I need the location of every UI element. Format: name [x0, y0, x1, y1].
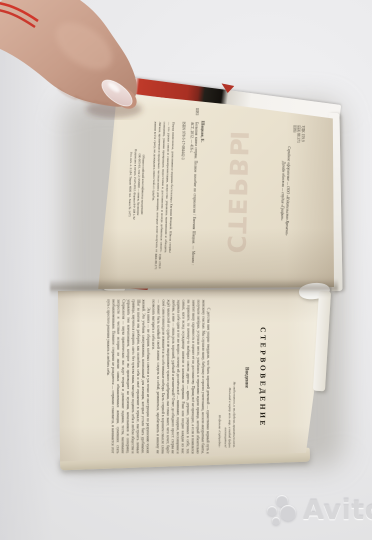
- part-title: СТЕРВОВЕДЕНИЕ: [258, 289, 268, 466]
- epigraph-text: Не люби никого, и ты будешь нравиться вс…: [223, 375, 236, 448]
- udk-bottom-line: УДК 159.9: [158, 254, 163, 270]
- photo-scene: УДК 159.9 ББК 88.371 Ш83 Серийное оформл…: [0, 0, 372, 540]
- show-through-ghost-title: СТЕРВЫ: [221, 109, 254, 273]
- avito-watermark-text: Avito: [303, 495, 372, 526]
- udk-bottom-block: УДК 159.9 ББК 88.371: [153, 254, 162, 270]
- body-paragraph: Эта книга — не сборник злобных советов и…: [105, 299, 151, 453]
- body-text: С детства нам упорно твердили, что быть …: [105, 299, 211, 454]
- introduction-page-content: СТЕРВОВЕДЕНИЕ Введение Не люби никого, и…: [54, 288, 324, 466]
- bbk-line: ББК 88.371: [296, 125, 301, 143]
- avito-logo-icon: [267, 492, 299, 528]
- epigraph: Не люби никого, и ты будешь нравиться вс…: [218, 375, 236, 448]
- udk-line: УДК 159.9: [300, 125, 305, 143]
- gutter-shadow: [50, 279, 338, 297]
- avito-circle-icon: [267, 506, 277, 516]
- chapter-title: Введение: [243, 289, 250, 466]
- hand: [0, 0, 210, 144]
- series-credits: Серийное оформление — ООО «Издательство …: [278, 111, 292, 271]
- bbk-bottom-line: ББК 88.371: [153, 254, 158, 270]
- body-paragraph: С детства нам упорно твердили, что быть …: [150, 300, 211, 454]
- epigraph-attribution: Из фильма «Сердцеедки»: [218, 375, 223, 448]
- avito-circle-icon: [280, 505, 296, 521]
- introduction-page: СТЕРВОВЕДЕНИЕ Введение Не люби никого, и…: [55, 288, 324, 465]
- avito-watermark: Avito: [267, 492, 372, 528]
- udk-classification-block: УДК 159.9 ББК 88.371 Ш83: [292, 125, 305, 143]
- avito-circle-icon: [272, 517, 280, 525]
